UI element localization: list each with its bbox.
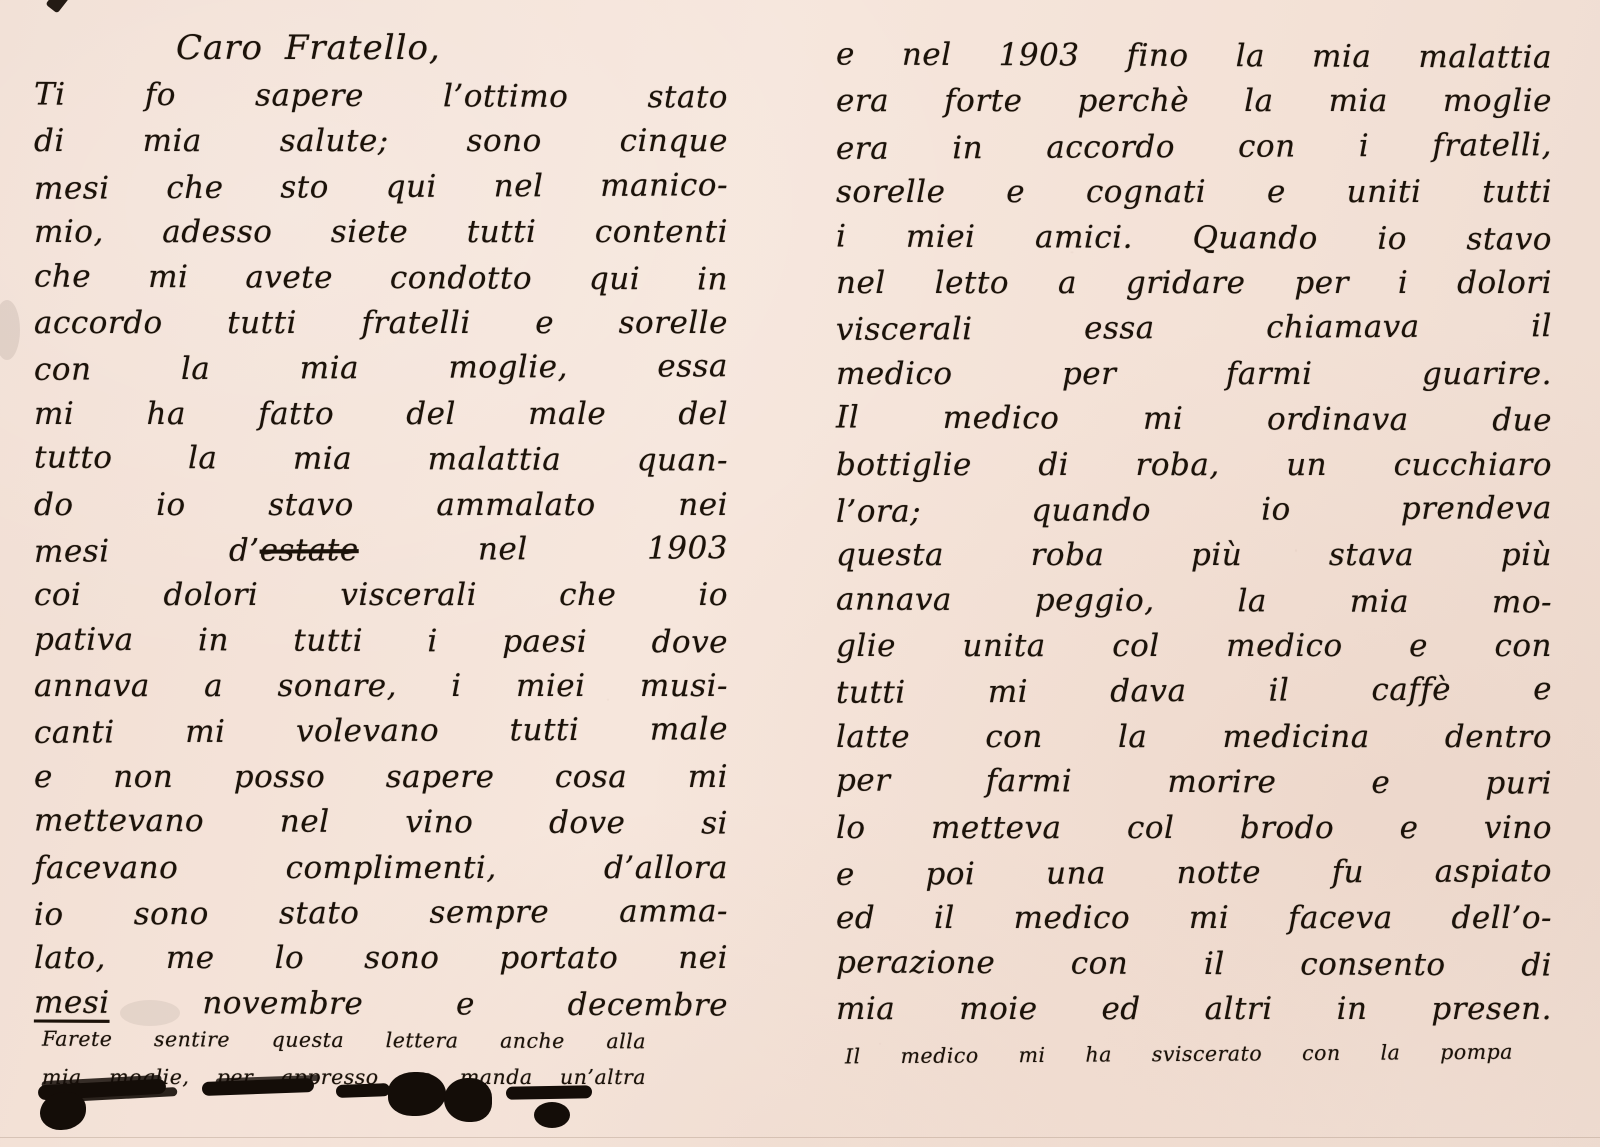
right-page-body: e nel 1903 fino la mia malattiaera forte…: [836, 34, 1552, 1033]
handwritten-line: coi dolori viscerali che io: [34, 573, 728, 618]
handwritten-line: e poi una notte fu aspiato: [836, 849, 1552, 898]
handwritten-line: l’ora; quando io prendeva: [836, 486, 1552, 535]
handwritten-line: mettevano nel vino dove si: [34, 799, 728, 847]
handwritten-line: ed il medico mi faceva dell’o-: [836, 896, 1552, 941]
handwritten-line: Ti fo sapere l’ottimo stato: [34, 72, 728, 120]
handwritten-line: lo metteva col brodo e vino: [836, 806, 1552, 851]
handwritten-line: pativa in tutti i paesi dove: [34, 617, 728, 665]
handwritten-line: i miei amici. Quando io stavo: [836, 214, 1552, 263]
handwritten-line: questa roba più stava più: [836, 533, 1552, 578]
footnote-line: Il medico mi ha sviscerato con la pompa: [845, 1034, 1513, 1076]
ink-blot: [388, 1072, 446, 1116]
letter-page-left: Caro Fratello, Ti fo sapere l’ottimo sta…: [34, 22, 728, 1027]
handwritten-line: Il medico mi ordinava due: [836, 396, 1552, 445]
handwritten-line: con la mia moglie, essa: [34, 345, 728, 394]
handwritten-line: io sono stato sempre amma-: [34, 889, 728, 938]
handwritten-line: e non posso sapere cosa mi: [34, 755, 728, 800]
ink-blot: [202, 1078, 314, 1096]
handwritten-line: tutti mi dava il caffè e: [836, 668, 1552, 717]
salutation: Caro Fratello,: [34, 22, 728, 74]
paper-bottom-edge: [0, 1137, 1600, 1138]
handwritten-line: e nel 1903 fino la mia malattia: [836, 32, 1552, 81]
handwritten-line: annava a sonare, i miei musi-: [34, 664, 728, 709]
handwritten-line: tutto la mia malattia quan-: [34, 436, 728, 484]
ink-blot: [40, 1092, 86, 1130]
handwritten-line: nel letto a gridare per i dolori: [836, 261, 1552, 306]
ink-blot-scribbles: [36, 1072, 616, 1126]
handwritten-line: perazione con il consento di: [836, 940, 1552, 989]
handwritten-line: glie unita col medico e con: [836, 624, 1552, 669]
ink-blot: [534, 1102, 570, 1128]
ink-edge-mark: [45, 0, 69, 13]
handwritten-line: mio, adesso siete tutti contenti: [34, 210, 728, 255]
handwritten-line: sorelle e cognati e uniti tutti: [836, 170, 1552, 215]
handwritten-line: per farmi morire e puri: [836, 759, 1552, 808]
handwritten-line: mi ha fatto del male del: [34, 392, 728, 437]
handwritten-line: do io stavo ammalato nei: [34, 483, 728, 528]
left-page-body: Ti fo sapere l’ottimo statodi mia salute…: [34, 74, 728, 1027]
ink-blot: [336, 1083, 390, 1098]
handwritten-line: era in accordo con i fratelli,: [836, 123, 1552, 172]
pencil-smudge: [0, 300, 20, 360]
ink-blot: [444, 1078, 492, 1122]
right-page-footnote: Il medico mi ha sviscerato con la pompa: [845, 1036, 1513, 1073]
handwritten-line: mesi d’estate nel 1903: [34, 526, 728, 575]
handwritten-line: canti mi volevano tutti male: [34, 708, 728, 757]
letter-page-right: e nel 1903 fino la mia malattiaera forte…: [836, 34, 1552, 1033]
handwritten-line: annava peggio, la mia mo-: [836, 577, 1552, 626]
handwritten-line: mesi che sto qui nel manico-: [34, 163, 728, 212]
handwritten-line: che mi avete condotto qui in: [34, 254, 728, 302]
handwritten-line: accordo tutti fratelli e sorelle: [34, 301, 728, 346]
handwritten-line: bottiglie di roba, un cucchiaro: [836, 443, 1552, 488]
handwritten-line: di mia salute; sono cinque: [34, 119, 728, 164]
ink-blot: [506, 1085, 592, 1099]
handwritten-line: viscerali essa chiamava il: [836, 304, 1552, 353]
handwritten-line: Farete sentire questa lettera anche alla: [42, 1021, 646, 1061]
handwritten-line: latte con la medicina dentro: [836, 715, 1552, 760]
handwritten-line: facevano complimenti, d’allora: [34, 846, 728, 891]
handwritten-line: mia moie ed altri in presen.: [836, 987, 1552, 1032]
handwritten-line: era forte perchè la mia moglie: [836, 79, 1552, 124]
handwritten-line: lato, me lo sono portato nei: [34, 936, 728, 981]
handwritten-line: medico per farmi guarire.: [836, 352, 1552, 397]
